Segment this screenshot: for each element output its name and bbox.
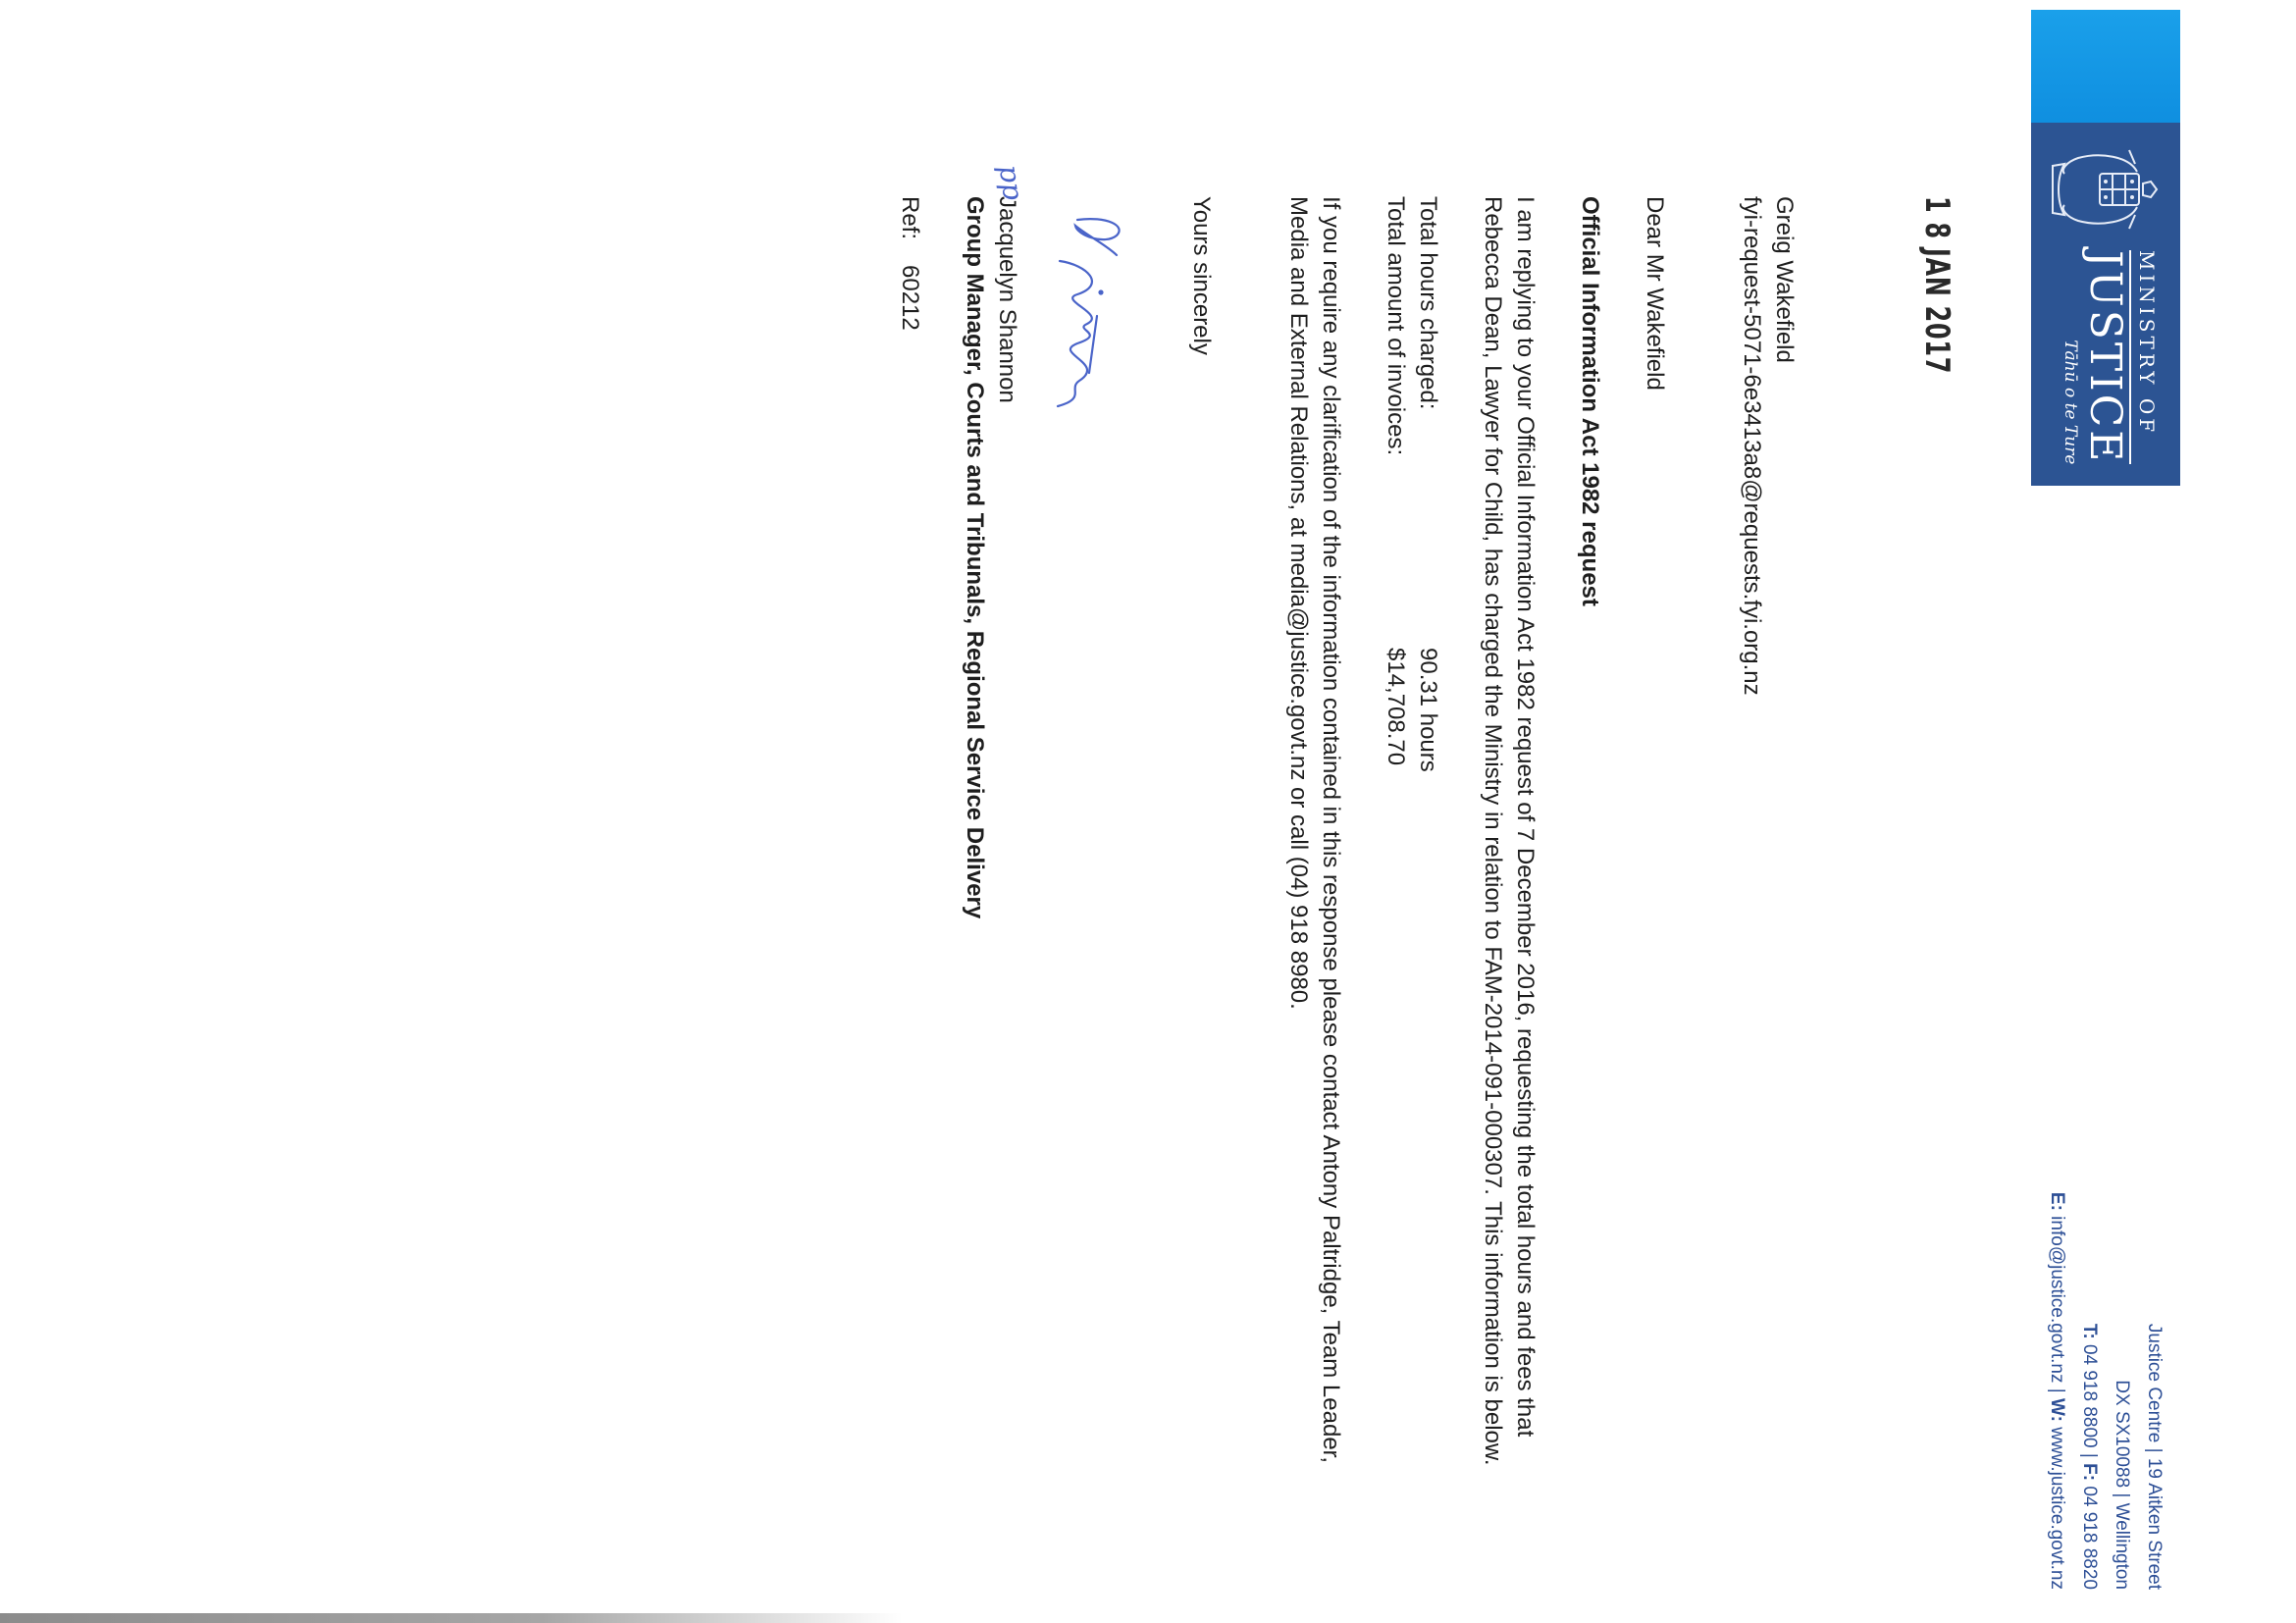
signatory-name: Jacquelyn Shannon [991, 196, 1023, 1501]
email-address: info@justice.govt.nz | [2047, 1211, 2067, 1398]
fax-label: F: [2079, 1463, 2100, 1481]
reference-value: 60212 [894, 265, 926, 1501]
subject-line: Official Information Act 1982 request [1574, 196, 1606, 1501]
reference-line: Ref: 60212 [894, 196, 926, 1501]
signature-area [1023, 196, 1185, 1501]
address-block: Justice Centre | 19 Aitken Street DX SX1… [2041, 1192, 2170, 1590]
ministry-logo: MINISTRY OF JUSTICE Tāhū o te Ture [2031, 10, 2180, 486]
handwritten-signature-icon [1038, 206, 1146, 412]
recipient-email: fyi-request-5071-6e3413a8@requests.fyi.o… [1736, 196, 1768, 1501]
logo-dark-band: MINISTRY OF JUSTICE Tāhū o te Ture [2031, 123, 2180, 486]
figures-table: Total hours charged: 90.31 hours Total a… [1380, 196, 1444, 1501]
phone-label: T: [2079, 1324, 2100, 1339]
closing: Yours sincerely [1185, 196, 1218, 1501]
recipient-name: Greig Wakefield [1768, 196, 1800, 1501]
email-label: E: [2047, 1192, 2067, 1211]
address-phone-line: T: 04 918 8800 | F: 04 918 8820 [2073, 1192, 2106, 1590]
body-paragraph-2: If you require any clarification of the … [1282, 196, 1347, 1501]
address-line-2: DX SX10088 | Wellington [2106, 1192, 2138, 1590]
address-line-1: Justice Centre | 19 Aitken Street [2138, 1192, 2170, 1590]
logo-wordmark: MINISTRY OF JUSTICE Tāhū o te Ture [2061, 250, 2159, 464]
phone-number: 04 918 8800 | [2079, 1339, 2100, 1463]
scan-edge-shadow [0, 1613, 903, 1623]
nz-coat-of-arms-icon [2049, 144, 2159, 235]
signatory-role: Group Manager, Courts and Tribunals, Reg… [959, 196, 991, 1501]
figure-value: $14,708.70 [1380, 648, 1412, 1501]
logo-justice: JUSTICE [2080, 250, 2129, 464]
logo-ministry-of: MINISTRY OF [2129, 250, 2159, 464]
figure-value: 90.31 hours [1412, 648, 1444, 1501]
reference-label: Ref: [894, 196, 926, 265]
logo-tagline: Tāhū o te Ture [2061, 250, 2080, 464]
web-address: www.justice.govt.nz [2047, 1422, 2067, 1590]
date-stamp: 1 8 JAN 2017 [1917, 196, 1957, 374]
pp-mark: pp [993, 163, 1030, 202]
web-label: W: [2047, 1398, 2067, 1422]
signatory-block: pp Jacquelyn Shannon Group Manager, Cour… [959, 196, 1023, 1501]
figure-label: Total amount of invoices: [1380, 196, 1412, 648]
salutation: Dear Mr Wakefield [1639, 196, 1671, 1501]
fax-number: 04 918 8820 [2079, 1481, 2100, 1590]
figure-label: Total hours charged: [1412, 196, 1444, 648]
letter-page: MINISTRY OF JUSTICE Tāhū o te Ture Justi… [0, 0, 2296, 1623]
letter-body: Greig Wakefield fyi-request-5071-6e3413a… [894, 196, 1800, 1501]
scanned-letter-frame: MINISTRY OF JUSTICE Tāhū o te Ture Justi… [0, 0, 2296, 1623]
logo-light-band [2031, 10, 2180, 123]
address-email-line: E: info@justice.govt.nz | W: www.justice… [2041, 1192, 2073, 1590]
body-paragraph-1: I am replying to your Official Informati… [1477, 196, 1541, 1501]
